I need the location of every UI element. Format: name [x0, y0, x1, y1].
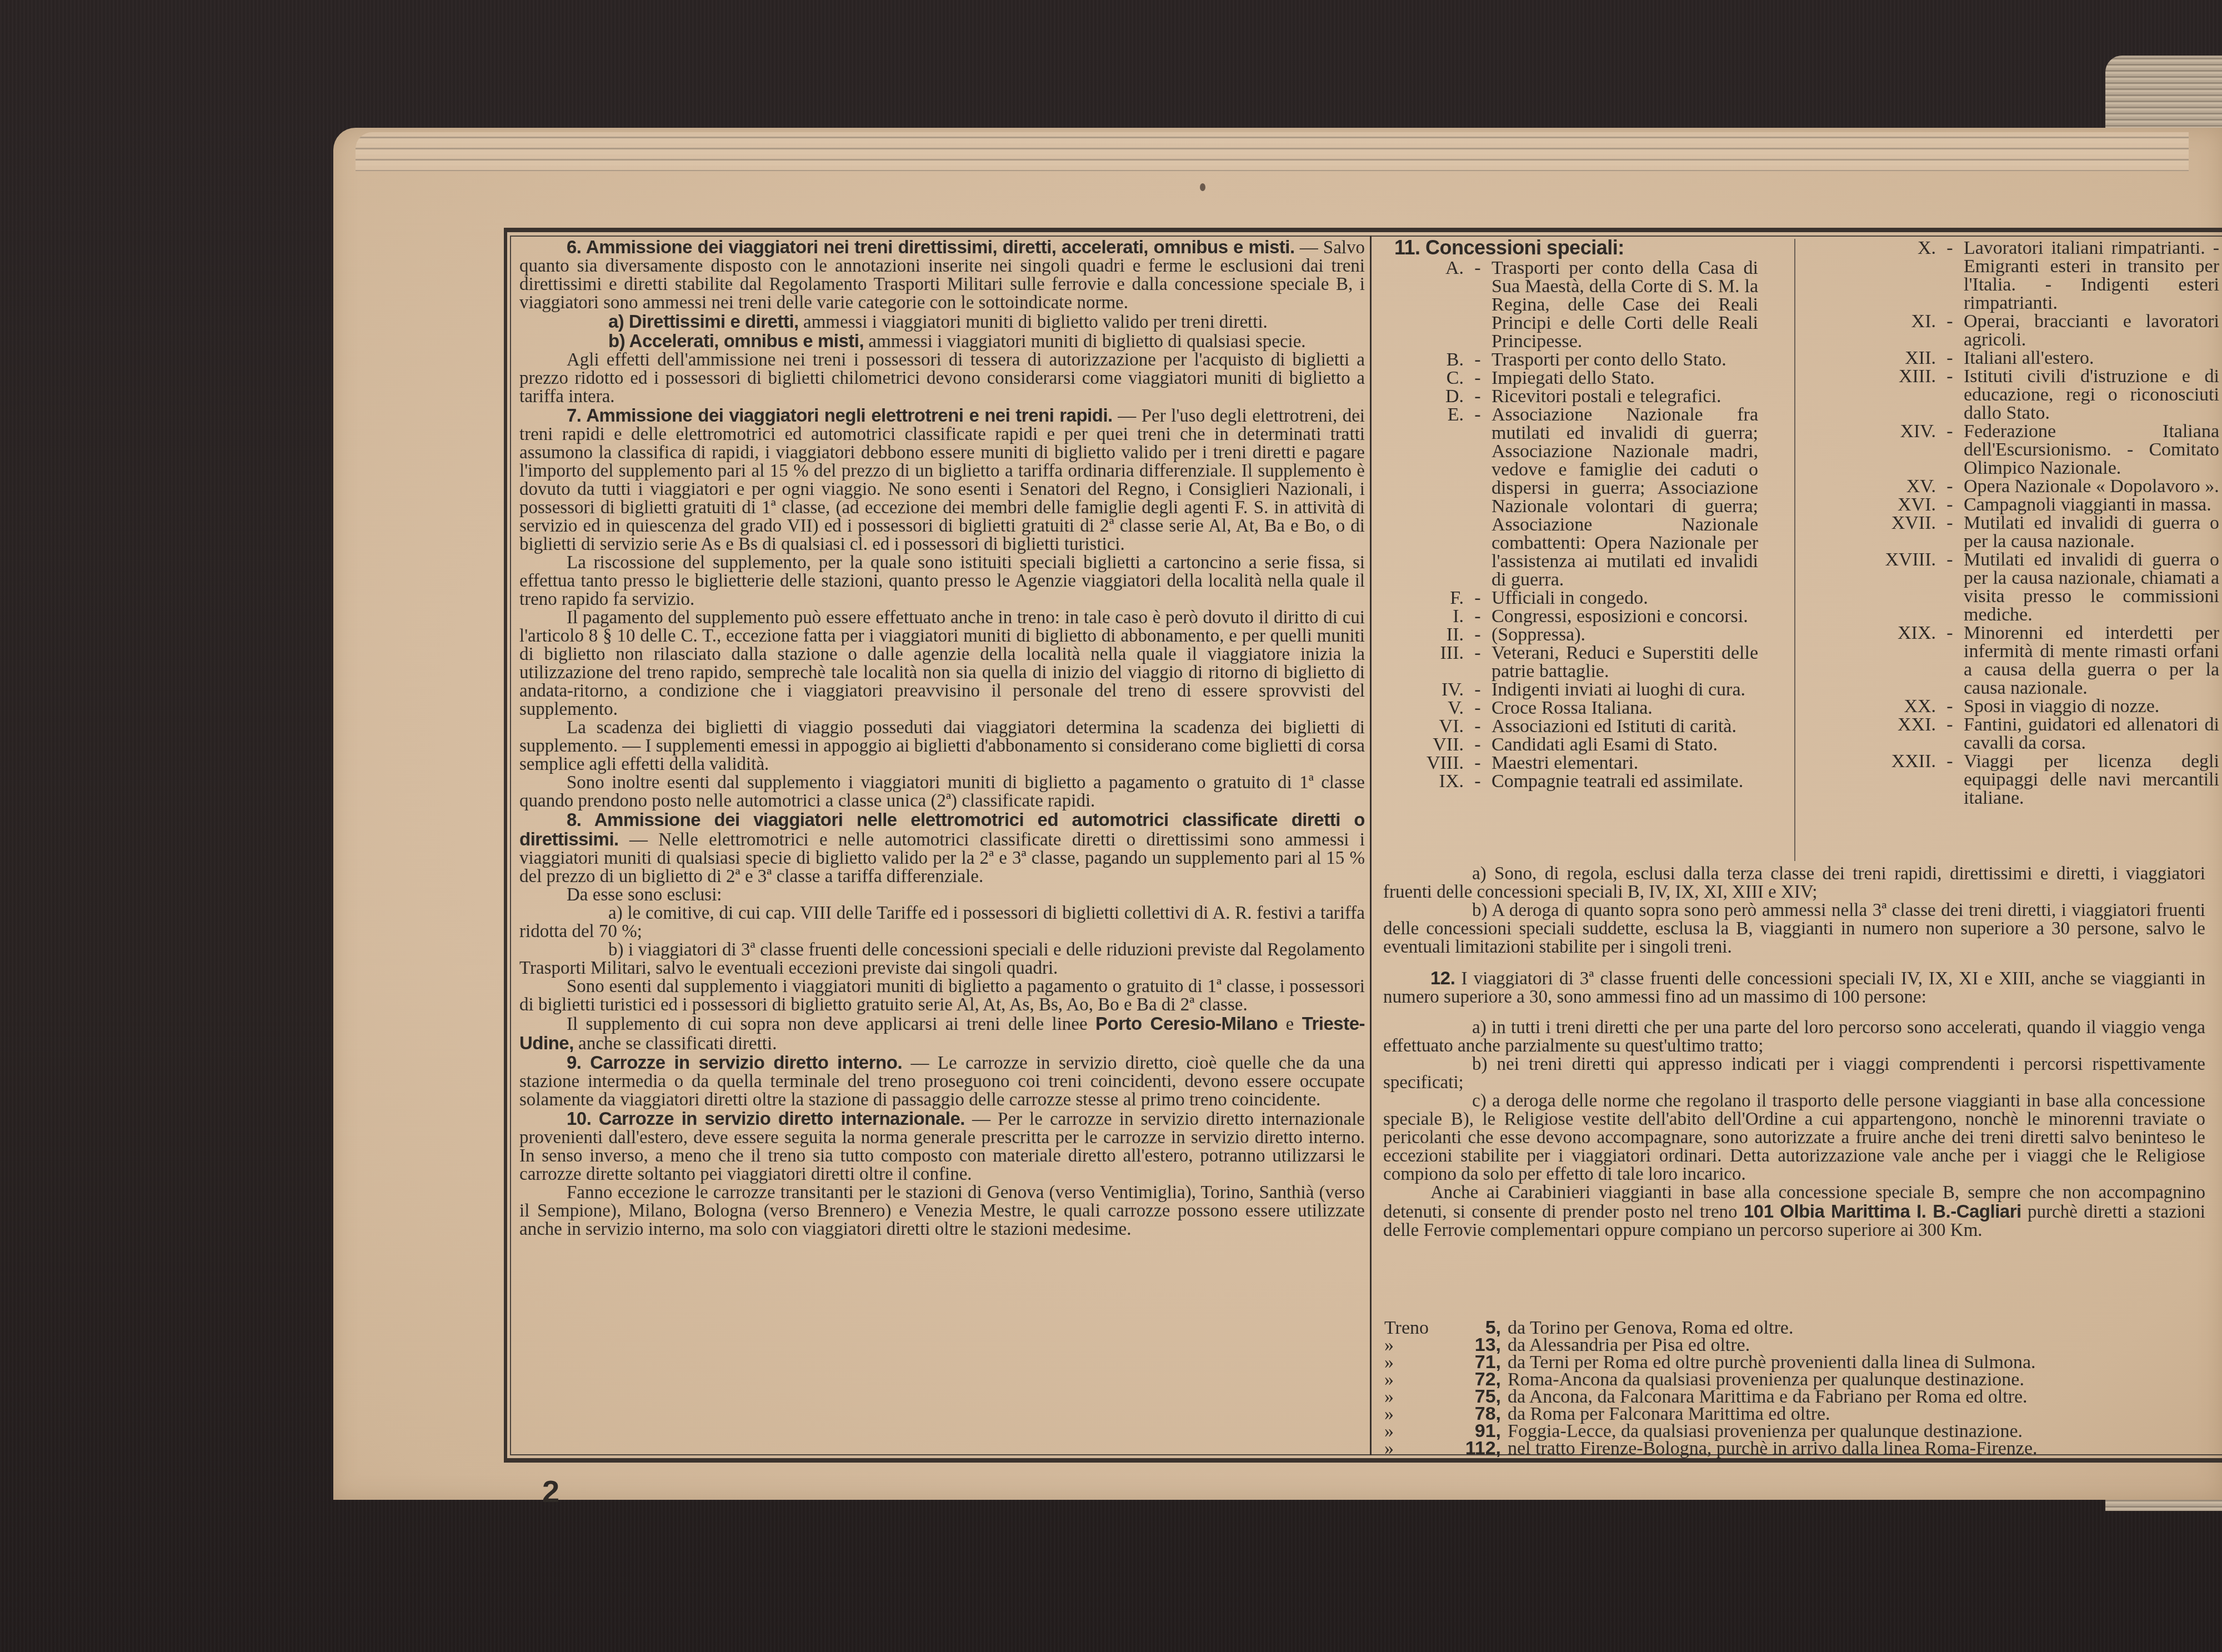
dash: -	[1936, 477, 1964, 495]
concession-item: XVI.-Campagnoli viaggianti in massa.	[1825, 495, 2219, 514]
ditto-mark: »	[1384, 1371, 1440, 1388]
concession-num: V.	[1380, 699, 1464, 717]
concession-item: F.-Ufficiali in congedo.	[1380, 589, 1758, 607]
concession-text: Fantini, guidatori ed allenatori di cava…	[1964, 715, 2219, 752]
train-row: »91,Foggia-Lecce, da qualsiasi provenien…	[1384, 1423, 2218, 1440]
section-7: 7. Ammissione dei viaggiatori negli elet…	[519, 406, 1365, 554]
section-12-a: a) in tutti i treni diretti che per una …	[1383, 1019, 2205, 1055]
spacer	[1383, 1007, 2205, 1019]
train-row: »78,da Roma per Falconara Marittima ed o…	[1384, 1405, 2218, 1423]
dash: -	[1464, 680, 1492, 699]
train-route: da Ancona, da Falconara Marittima e da F…	[1501, 1388, 2028, 1405]
dash: -	[1464, 607, 1492, 625]
concession-text: Operai, braccianti e lavoratori agricoli…	[1964, 312, 2219, 349]
concession-item: XXII.-Viaggi per licenza degli equipaggi…	[1825, 752, 2219, 807]
section-6: 6. Ammissione dei viaggiatori nei treni …	[519, 238, 1365, 312]
concession-num: XX.	[1825, 697, 1936, 715]
p3-post: anche se classificati diretti.	[578, 1034, 777, 1054]
concession-item: B.-Trasporti per conto dello Stato.	[1380, 351, 1758, 369]
concession-item: VII.-Candidati agli Esami di Stato.	[1380, 735, 1758, 754]
concession-item: IV.-Indigenti inviati ai luoghi di cura.	[1380, 680, 1758, 699]
train-list: Treno5,da Torino per Genova, Roma ed olt…	[1384, 1319, 2218, 1457]
concession-text: Mutilati ed invalidi di guerra o per la …	[1964, 514, 2219, 550]
concession-num: XVII.	[1825, 514, 1936, 550]
concession-num: XV.	[1825, 477, 1936, 495]
concession-text: Ricevitori postali e telegrafici.	[1492, 387, 1758, 406]
concession-num: IX.	[1380, 772, 1464, 790]
dash: -	[1464, 772, 1492, 790]
concession-text: Italiani all'estero.	[1964, 349, 2219, 367]
concession-num: XXI.	[1825, 715, 1936, 752]
concession-num: XI.	[1825, 312, 1936, 349]
concession-text: Minorenni ed interdetti per infermità di…	[1964, 624, 2219, 697]
page-top-edge	[356, 132, 2189, 171]
text-accelerati: ammessi i viaggiatori muniti di bigliett…	[868, 332, 1305, 352]
section-9: 9. Carrozze in servizio diretto interno.…	[519, 1053, 1365, 1109]
section-11-b: b) A deroga di quanto sopra sono però am…	[1383, 902, 2205, 957]
dash: -	[1464, 406, 1492, 589]
concession-text: Ufficiali in congedo.	[1492, 589, 1758, 607]
ditto-mark: »	[1384, 1388, 1440, 1405]
carabinieri-paragraph: Anche ai Carabinieri viaggianti in base …	[1383, 1184, 2205, 1240]
section-10-title: 10. Carrozze in servizio diretto interna…	[567, 1108, 965, 1129]
concession-text: Associazioni ed Istituti di carità.	[1492, 717, 1758, 735]
train-101-olbia-cagliari: 101 Olbia Marittima I. B.-Cagliari	[1744, 1201, 2021, 1222]
concession-num: XII.	[1825, 349, 1936, 367]
text-direttissimi: ammessi i viaggiatori muniti di bigliett…	[803, 312, 1268, 332]
section-8: 8. Ammissione dei viaggiatori nelle elet…	[519, 810, 1365, 886]
dash: -	[1936, 422, 1964, 477]
concession-item: A.-Trasporti per conto della Casa di Sua…	[1380, 259, 1758, 351]
dash: -	[1936, 349, 1964, 367]
concession-num: XIV.	[1825, 422, 1936, 477]
concession-text: (Soppressa).	[1492, 625, 1758, 644]
section-11-title: 11. Concessioni speciali:	[1394, 238, 1624, 258]
train-route: da Terni per Roma ed oltre purchè proven…	[1501, 1354, 2036, 1371]
section-12-c: c) a deroga delle norme che regolano il …	[1383, 1092, 2205, 1184]
concession-subcolumn-divider	[1794, 239, 1795, 861]
train-row: »75,da Ancona, da Falconara Marittima e …	[1384, 1388, 2218, 1405]
section-10-paragraph: Fanno eccezione le carrozze transitanti …	[519, 1184, 1365, 1239]
concession-text: Compagnie teatrali ed assimilate.	[1492, 772, 1758, 790]
concession-item: XII.-Italiani all'estero.	[1825, 349, 2219, 367]
dash: -	[1936, 514, 1964, 550]
concession-item: VIII.-Maestri elementari.	[1380, 754, 1758, 772]
ink-spot	[1200, 183, 1205, 191]
concession-text: Viaggi per licenza degli equipaggi delle…	[1964, 752, 2219, 807]
train-route: da Alessandria per Pisa ed oltre.	[1501, 1336, 1750, 1354]
concession-item: XIV.-Federazione Italiana dell'Escursion…	[1825, 422, 2219, 477]
section-12-number: 12.	[1430, 968, 1455, 988]
train-row: »72,Roma-Ancona da qualsiasi provenienza…	[1384, 1371, 2218, 1388]
concession-num: VIII.	[1380, 754, 1464, 772]
section-12: 12. I viaggiatori di 3ª classe fruenti d…	[1383, 969, 2205, 1007]
concession-item: IX.-Compagnie teatrali ed assimilate.	[1380, 772, 1758, 790]
dash: -	[1464, 369, 1492, 387]
concession-item: I.-Congressi, esposizioni e concorsi.	[1380, 607, 1758, 625]
dash: -	[1464, 625, 1492, 644]
label-direttissimi: a) Direttissimi e diretti,	[608, 311, 799, 332]
concession-text: Campagnoli viaggianti in massa.	[1964, 495, 2219, 514]
ditto-mark: »	[1384, 1336, 1440, 1354]
concession-text: Associazione Nazionale fra mutilati ed i…	[1492, 406, 1758, 589]
concession-item: II.-(Soppressa).	[1380, 625, 1758, 644]
concession-text: Istituti civili d'istruzione e di educaz…	[1964, 367, 2219, 422]
dash: -	[1464, 589, 1492, 607]
section-12-body: I viaggiatori di 3ª classe fruenti delle…	[1383, 969, 2205, 1007]
section-8-paragraph-2: Sono esenti dal supplemento i viaggiator…	[519, 978, 1365, 1014]
spacer	[1383, 957, 2205, 969]
ditto-mark: »	[1384, 1405, 1440, 1423]
train-label: Treno	[1384, 1319, 1440, 1336]
concession-num: XXII.	[1825, 752, 1936, 807]
section-7-title: 7. Ammissione dei viaggiatori negli elet…	[567, 405, 1113, 425]
section-6-b: b) Accelerati, omnibus e misti, ammessi …	[519, 332, 1365, 351]
concession-item: VI.-Associazioni ed Istituti di carità.	[1380, 717, 1758, 735]
p3-mid: e	[1286, 1014, 1294, 1034]
concession-list-b: X.-Lavoratori italiani rimpatrianti. - E…	[1825, 239, 2219, 807]
concession-text: Federazione Italiana dell'Escursionismo.…	[1964, 422, 2219, 477]
dash: -	[1464, 699, 1492, 717]
concession-num: F.	[1380, 589, 1464, 607]
concession-num: IV.	[1380, 680, 1464, 699]
concession-num: II.	[1380, 625, 1464, 644]
concession-text: Veterani, Reduci e Superstiti delle patr…	[1492, 644, 1758, 680]
section-6-a: a) Direttissimi e diretti, ammessi i via…	[519, 312, 1365, 332]
concession-item: XX.-Sposi in viaggio di nozze.	[1825, 697, 2219, 715]
train-row: »13,da Alessandria per Pisa ed oltre.	[1384, 1336, 2218, 1354]
concession-text: Impiegati dello Stato.	[1492, 369, 1758, 387]
concession-num: B.	[1380, 351, 1464, 369]
section-7-paragraph-3: La scadenza dei biglietti di viaggio pos…	[519, 719, 1365, 774]
section-8-paragraph-1: Da esse sono esclusi:	[519, 886, 1365, 904]
dash: -	[1936, 624, 1964, 697]
dash: -	[1464, 259, 1492, 351]
column-divider	[1370, 236, 1372, 1455]
concession-text: Opera Nazionale « Dopolavoro ».	[1964, 477, 2219, 495]
concession-num: E.	[1380, 406, 1464, 589]
concession-item: III.-Veterani, Reduci e Superstiti delle…	[1380, 644, 1758, 680]
dash: -	[1464, 387, 1492, 406]
section-7-body: — Per l'uso degli elettrotreni, dei tren…	[519, 406, 1365, 554]
concession-num: XIII.	[1825, 367, 1936, 422]
ditto-mark: »	[1384, 1354, 1440, 1371]
dash: -	[1936, 312, 1964, 349]
concession-num: XVI.	[1825, 495, 1936, 514]
concession-num: VII.	[1380, 735, 1464, 754]
concession-num: D.	[1380, 387, 1464, 406]
dash: -	[1936, 697, 1964, 715]
concession-list-a: A.-Trasporti per conto della Casa di Sua…	[1380, 259, 1758, 790]
concession-item: XI.-Operai, braccianti e lavoratori agri…	[1825, 312, 2219, 349]
concession-text: Indigenti inviati ai luoghi di cura.	[1492, 680, 1758, 699]
concession-num: C.	[1380, 369, 1464, 387]
line-porto-ceresio-milano: Porto Ceresio-Milano	[1095, 1013, 1278, 1034]
dash: -	[1936, 495, 1964, 514]
concession-text: Trasporti per conto dello Stato.	[1492, 351, 1758, 369]
train-number: 112,	[1440, 1440, 1501, 1457]
concession-num: XVIII.	[1825, 550, 1936, 624]
concession-text: Sposi in viaggio di nozze.	[1964, 697, 2219, 715]
section-6-title: 6. Ammissione dei viaggiatori nei treni …	[567, 237, 1295, 257]
concession-text: Congressi, esposizioni e concorsi.	[1492, 607, 1758, 625]
p3-pre: Il supplemento di cui sopra non deve app…	[567, 1014, 1088, 1034]
concession-text: Trasporti per conto della Casa di Sua Ma…	[1492, 259, 1758, 351]
concession-item: XVII.-Mutilati ed invalidi di guerra o p…	[1825, 514, 2219, 550]
concession-item: XIII.-Istituti civili d'istruzione e di …	[1825, 367, 2219, 422]
section-6-paragraph: Agli effetti dell'ammissione nei treni i…	[519, 351, 1365, 406]
concession-item: V.-Croce Rossa Italiana.	[1380, 699, 1758, 717]
train-route: da Roma per Falconara Marittima ed oltre…	[1501, 1405, 1830, 1423]
concession-num: III.	[1380, 644, 1464, 680]
dash: -	[1936, 715, 1964, 752]
section-8-paragraph-3: Il supplemento di cui sopra non deve app…	[519, 1014, 1365, 1053]
concession-item: E.-Associazione Nazionale fra mutilati e…	[1380, 406, 1758, 589]
right-lower-text: a) Sono, di regola, esclusi dalla terza …	[1383, 865, 2205, 1240]
ditto-mark: »	[1384, 1440, 1440, 1457]
concession-item: XVIII.-Mutilati ed invalidi di guerra o …	[1825, 550, 2219, 624]
section-8-a: a) le comitive, di cui cap. VIII delle T…	[519, 904, 1365, 941]
dash: -	[1464, 717, 1492, 735]
train-row: »71,da Terni per Roma ed oltre purchè pr…	[1384, 1354, 2218, 1371]
section-10: 10. Carrozze in servizio diretto interna…	[519, 1109, 1365, 1184]
concession-num: I.	[1380, 607, 1464, 625]
concession-text: Lavoratori italiani rimpatrianti. - Emig…	[1964, 239, 2219, 312]
left-column: 6. Ammissione dei viaggiatori nei treni …	[519, 238, 1365, 1239]
ditto-mark: »	[1384, 1423, 1440, 1440]
label-accelerati: b) Accelerati, omnibus e misti,	[608, 331, 864, 351]
dash: -	[1936, 752, 1964, 807]
section-11-a: a) Sono, di regola, esclusi dalla terza …	[1383, 865, 2205, 902]
concession-text: Croce Rossa Italiana.	[1492, 699, 1758, 717]
concession-item: XV.-Opera Nazionale « Dopolavoro ».	[1825, 477, 2219, 495]
section-7-paragraph-4: Sono inoltre esenti dal supplemento i vi…	[519, 774, 1365, 810]
train-route: Foggia-Lecce, da qualsiasi provenienza p…	[1501, 1423, 2023, 1440]
concession-num: A.	[1380, 259, 1464, 351]
concession-item: XIX.-Minorenni ed interdetti per infermi…	[1825, 624, 2219, 697]
dash: -	[1936, 550, 1964, 624]
concession-item: XXI.-Fantini, guidatori ed allenatori di…	[1825, 715, 2219, 752]
concession-text: Candidati agli Esami di Stato.	[1492, 735, 1758, 754]
concession-num: XIX.	[1825, 624, 1936, 697]
train-route: nel tratto Firenze-Bologna, purchè in ar…	[1501, 1440, 2038, 1457]
concession-text: Maestri elementari.	[1492, 754, 1758, 772]
concession-item: X.-Lavoratori italiani rimpatrianti. - E…	[1825, 239, 2219, 312]
dash: -	[1464, 754, 1492, 772]
section-8-b: b) i viaggiatori di 3ª classe fruenti de…	[519, 941, 1365, 978]
train-route: Roma-Ancona da qualsiasi provenienza per…	[1501, 1371, 2024, 1388]
page-number: 2	[542, 1473, 559, 1509]
dash: -	[1464, 735, 1492, 754]
concession-num: X.	[1825, 239, 1936, 312]
section-7-paragraph-1: La riscossione del supplemento, per la q…	[519, 554, 1365, 609]
dash: -	[1936, 239, 1964, 312]
concession-item: D.-Ricevitori postali e telegrafici.	[1380, 387, 1758, 406]
section-7-paragraph-2: Il pagamento del supplemento può essere …	[519, 609, 1365, 719]
section-9-title: 9. Carrozze in servizio diretto interno.	[567, 1052, 902, 1073]
train-route: da Torino per Genova, Roma ed oltre.	[1501, 1319, 1793, 1336]
concession-num: VI.	[1380, 717, 1464, 735]
concession-item: C.-Impiegati dello Stato.	[1380, 369, 1758, 387]
dash: -	[1464, 351, 1492, 369]
section-8-body: — Nelle elettromotrici e nelle automotri…	[519, 830, 1365, 887]
section-12-b: b) nei treni diretti qui appresso indica…	[1383, 1055, 2205, 1092]
train-row: Treno5,da Torino per Genova, Roma ed olt…	[1384, 1319, 2218, 1336]
dash: -	[1936, 367, 1964, 422]
concession-text: Mutilati ed invalidi di guerra o per la …	[1964, 550, 2219, 624]
dash: -	[1464, 644, 1492, 680]
train-row: »112,nel tratto Firenze-Bologna, purchè …	[1384, 1440, 2218, 1457]
